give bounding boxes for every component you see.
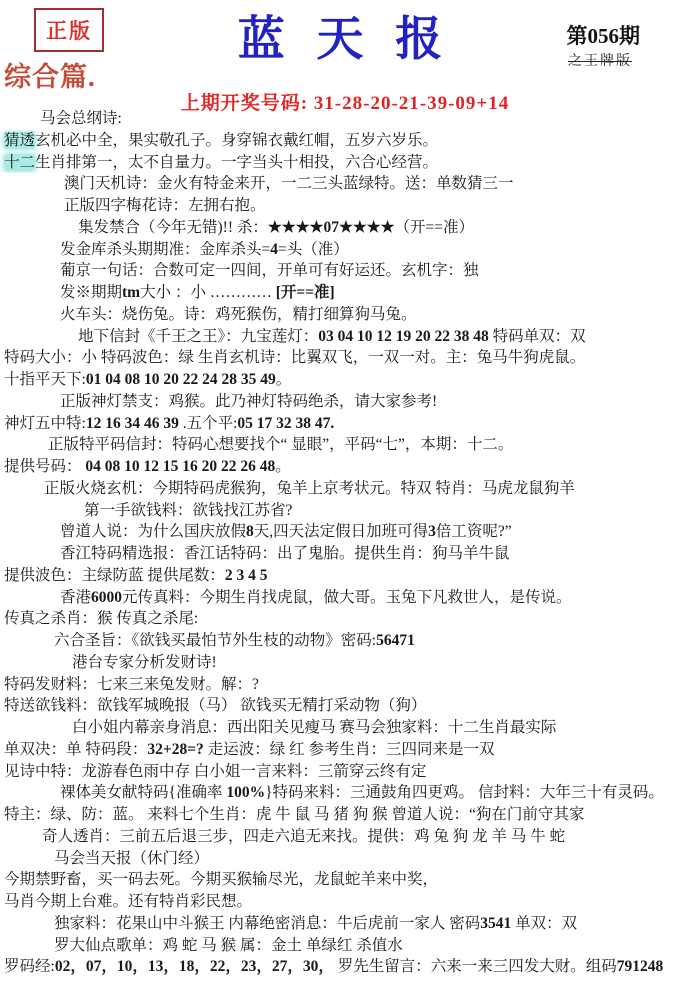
text-segment: 100% <box>226 784 265 801</box>
text-segment: 单双：双 <box>511 915 577 932</box>
text-line: 发金库杀头期期准：金库杀头=4=头（准） <box>0 239 690 261</box>
text-line: 特主：绿、防：蓝。 来料七个生肖：虎 牛 鼠 马 猪 狗 猴 曾道人说：“狗在门… <box>0 804 690 826</box>
text-segment: 独家料：花果山中斗猴王 内幕绝密消息：牛后虎前一家人 密码 <box>54 915 480 932</box>
text-segment: 791248 <box>617 958 664 975</box>
text-line: 单双决：单 特码段：32+28=? 走运波：绿 红 参考生肖：三四同来是一双 <box>0 739 690 761</box>
text-line: 传真之杀肖：猴 传真之杀尾: <box>0 608 690 630</box>
text-line: 见诗中特：龙游春色雨中存 白小姐一言来料：三箭穿云终有定 <box>0 761 690 783</box>
text-segment: 正版四字梅花诗：左拥右抱。 <box>64 197 266 214</box>
text-line: 白小姐内幕亲身消息：西出阳关见瘦马 赛马会独家料：十二生肖最实际 <box>0 717 690 739</box>
edition-label: 之王牌版 <box>568 50 632 70</box>
text-segment: }特码来料：三通鼓角四更鸡。 信封料：大年三十有灵码。 <box>265 784 664 801</box>
body-lines: 马会总纲诗:猜透玄机必中全，果实敬孔子。身穿锦衣戴红帽，五岁六岁乐。十二生肖排第… <box>0 108 690 978</box>
text-segment: 倍工资呢?” <box>436 523 512 540</box>
text-segment: 罗先生留言：六来一来三四发大财。组码 <box>334 958 617 975</box>
text-segment: 曾道人说：为什么国庆放假 <box>60 523 246 540</box>
text-segment: 6000 <box>91 589 122 606</box>
text-line: 集发禁合（今年无错)!! 杀：★★★★07★★★★（开==准） <box>0 217 690 239</box>
text-segment: 特码发财料：七来三来兔发财。解：? <box>4 676 259 693</box>
issue-number: 第056期 <box>567 20 641 50</box>
text-segment: .五个平: <box>179 415 238 432</box>
text-segment: 地下信封《千王之王》：九宝莲灯： <box>78 328 318 345</box>
text-segment: 神灯五中特: <box>4 415 86 432</box>
text-line: 马会总纲诗: <box>0 108 690 130</box>
text-segment: 天,四天法定假日加班可得 <box>254 523 428 540</box>
text-segment: 见诗中特：龙游春色雨中存 白小姐一言来料：三箭穿云终有定 <box>4 763 426 780</box>
text-segment: [开==准] <box>276 284 335 301</box>
text-segment: 3 <box>428 523 436 540</box>
text-segment: 提供波色：主绿防蓝 提供尾数： <box>4 567 225 584</box>
text-segment: 马会总纲诗: <box>40 110 122 127</box>
text-segment: 澳门天机诗：金火有特金来开，一二三头蓝绿特。送：单数猜三一 <box>64 175 514 192</box>
text-segment: 裸体美女献特码{准确率 <box>60 784 226 801</box>
text-line: 第一手欲钱料：欲钱找江苏省? <box>0 500 690 522</box>
text-line: 特码大小：小 特码波色：绿 生肖玄机诗：比翼双飞，一双一对。主：兔马牛狗虎鼠。 <box>0 347 690 369</box>
text-line: 奇人透肖：三前五后退三步，四走六追无来找。提供：鸡 兔 狗 龙 羊 马 牛 蛇 <box>0 826 690 848</box>
text-segment: 集发禁合（今年无错)!! 杀： <box>78 219 268 236</box>
text-line: 罗大仙点歌单：鸡 蛇 马 猴 属：金土 单绿红 杀值水 <box>0 935 690 957</box>
text-line: 地下信封《千王之王》：九宝莲灯：03 04 10 12 19 20 22 38 … <box>0 326 690 348</box>
text-line: 十二生肖排第一，太不自量力。一字当头十相投，六合心经营。 <box>0 152 690 174</box>
text-segment: 传真之杀肖：猴 传真之杀尾: <box>4 610 198 627</box>
text-line: 特码发财料：七来三来兔发财。解：? <box>0 674 690 696</box>
text-segment: 12 16 34 46 39 <box>86 415 179 432</box>
text-line: 火车头：烧伤兔。诗：鸡死猴伤，精打细算狗马兔。 <box>0 304 690 326</box>
text-line: 葡京一句话：合数可定一四间，开单可有好运还。玄机字：独 <box>0 260 690 282</box>
text-line: 提供号码： 04 08 10 12 15 16 20 22 26 48。 <box>0 456 690 478</box>
text-segment: 香港 <box>60 589 91 606</box>
text-segment: 马会当天报（休门经） <box>54 850 209 867</box>
text-segment: 特送欲钱料：欲钱军城晚报（马） 欲钱买无精打采动物（狗） <box>4 697 426 714</box>
text-segment: 奇人透肖：三前五后退三步，四走六追无来找。提供：鸡 兔 狗 龙 羊 马 牛 蛇 <box>42 828 565 845</box>
text-line: 香港6000元传真料：今期生肖找虎鼠，做大哥。玉兔下凡救世人，是传说。 <box>0 587 690 609</box>
text-segment: 特码大小：小 特码波色：绿 生肖玄机诗：比翼双飞，一双一对。主：兔马牛狗虎鼠。 <box>4 349 585 366</box>
text-line: 裸体美女献特码{准确率 100%}特码来料：三通鼓角四更鸡。 信封料：大年三十有… <box>0 782 690 804</box>
text-segment: 火车头：烧伤兔。诗：鸡死猴伤，精打细算狗马兔。 <box>60 306 417 323</box>
text-line: 十指平天下:01 04 08 10 20 22 24 28 35 49。 <box>0 369 690 391</box>
highlighted-text: 猜透 <box>4 132 35 149</box>
text-segment: 发※期期 <box>60 284 122 301</box>
text-line: 六合圣旨：《欲钱买最怕节外生枝的动物》密码:56471 <box>0 630 690 652</box>
text-segment: 正版神灯禁支：鸡猴。此乃神灯特码绝杀，请大家参考! <box>60 393 437 410</box>
text-segment: 第一手欲钱料：欲钱找江苏省? <box>84 502 292 519</box>
text-segment: 。 <box>275 458 291 475</box>
text-segment: 2 3 4 5 <box>225 567 268 584</box>
text-segment: 马肖今期上台难。还有特肖彩民想。 <box>4 893 252 910</box>
page: 正版 蓝 天 报 第056期 之王牌版 综合篇. 上期开奖号码: 31-28-2… <box>0 0 690 997</box>
text-segment: 港台专家分析发财诗! <box>72 654 217 671</box>
text-segment: 白小姐内幕亲身消息：西出阳关见瘦马 赛马会独家料：十二生肖最实际 <box>72 719 556 736</box>
text-segment: 正版火烧玄机：今期特码虎猴狗，兔羊上京考状元。特双 特肖：马虎龙鼠狗羊 <box>44 480 575 497</box>
text-line: 神灯五中特:12 16 34 46 39 .五个平:05 17 32 38 47… <box>0 413 690 435</box>
text-segment: 特主：绿、防：蓝。 来料七个生肖：虎 牛 鼠 马 猪 狗 猴 曾道人说：“狗在门… <box>4 806 584 823</box>
text-line: 独家料：花果山中斗猴王 内幕绝密消息：牛后虎前一家人 密码3541 单双：双 <box>0 913 690 935</box>
text-segment: 正版特平码信封：特码心想要找个“ 显眼”，平码“七”，本期：十二。 <box>48 436 513 453</box>
text-line: 提供波色：主绿防蓝 提供尾数：2 3 4 5 <box>0 565 690 587</box>
text-segment: =头（准） <box>278 241 349 258</box>
text-segment: 05 17 32 38 47. <box>237 415 334 432</box>
text-segment: 32+28=? <box>147 741 203 758</box>
text-segment: 生肖排第一，太不自量力。一字当头十相投，六合心经营。 <box>35 154 438 171</box>
text-line: 特送欲钱料：欲钱军城晚报（马） 欲钱买无精打采动物（狗） <box>0 695 690 717</box>
text-segment: 8 <box>246 523 254 540</box>
text-segment: 。 <box>276 371 292 388</box>
text-line: 马肖今期上台难。还有特肖彩民想。 <box>0 891 690 913</box>
text-line: 发※期期tm大小 ：小 ………… [开==准] <box>0 282 690 304</box>
text-line: 马会当天报（休门经） <box>0 848 690 870</box>
text-segment: 01 04 08 10 20 22 24 28 35 49 <box>86 371 276 388</box>
text-segment: 56471 <box>376 632 415 649</box>
text-segment: 03 04 10 12 19 20 22 38 48 <box>318 328 489 345</box>
text-line: 罗码经:02，07，10，13，18，22，23，27，30， 罗先生留言：六来… <box>0 956 690 978</box>
text-line: 曾道人说：为什么国庆放假8天,四天法定假日加班可得3倍工资呢?” <box>0 521 690 543</box>
text-segment: （开==准） <box>395 219 474 236</box>
text-segment: ★★★★07★★★★ <box>268 219 395 236</box>
text-segment: 单双决：单 特码段： <box>4 741 147 758</box>
text-line: 正版火烧玄机：今期特码虎猴狗，兔羊上京考状元。特双 特肖：马虎龙鼠狗羊 <box>0 478 690 500</box>
text-line: 今期禁野畜，买一码去死。今期买猴输尽光，龙鼠蛇羊来中奖， <box>0 869 690 891</box>
text-segment: 3541 <box>480 915 511 932</box>
text-segment: 罗码经: <box>4 958 55 975</box>
highlighted-text: 十二 <box>4 154 35 171</box>
text-line: 正版四字梅花诗：左拥右抱。 <box>0 195 690 217</box>
text-segment: 十指平天下: <box>4 371 86 388</box>
text-segment: 六合圣旨：《欲钱买最怕节外生枝的动物》密码: <box>54 632 376 649</box>
text-segment: 香江特码精选报：香江话特码：出了鬼胎。提供生肖：狗马羊牛鼠 <box>60 545 510 562</box>
text-segment: 发金库杀头期期准：金库杀头= <box>60 241 270 258</box>
text-line: 猜透玄机必中全，果实敬孔子。身穿锦衣戴红帽，五岁六岁乐。 <box>0 130 690 152</box>
text-segment: 04 08 10 12 15 16 20 22 26 48 <box>85 458 275 475</box>
text-line: 澳门天机诗：金火有特金来开，一二三头蓝绿特。送：单数猜三一 <box>0 173 690 195</box>
text-segment: 走运波：绿 红 参考生肖：三四同来是一双 <box>204 741 495 758</box>
text-segment: 特码单双：双 <box>489 328 586 345</box>
text-segment: 元传真料：今期生肖找虎鼠，做大哥。玉兔下凡救世人，是传说。 <box>122 589 572 606</box>
text-segment: 02，07，10，13，18，22，23，27，30， <box>55 958 334 975</box>
text-line: 正版特平码信封：特码心想要找个“ 显眼”，平码“七”，本期：十二。 <box>0 434 690 456</box>
text-segment: 罗大仙点歌单：鸡 蛇 马 猴 属：金土 单绿红 杀值水 <box>54 937 403 954</box>
text-line: 香江特码精选报：香江话特码：出了鬼胎。提供生肖：狗马羊牛鼠 <box>0 543 690 565</box>
text-segment: 大小 ：小 ………… <box>140 284 276 301</box>
text-segment: tm <box>122 284 140 301</box>
text-segment: 玄机必中全，果实敬孔子。身穿锦衣戴红帽，五岁六岁乐。 <box>35 132 438 149</box>
text-segment: 提供号码： <box>4 458 85 475</box>
text-segment: 葡京一句话：合数可定一四间，开单可有好运还。玄机字：独 <box>60 262 479 279</box>
text-segment: 今期禁野畜，买一码去死。今期买猴输尽光，龙鼠蛇羊来中奖， <box>4 871 438 888</box>
text-line: 港台专家分析发财诗! <box>0 652 690 674</box>
text-segment: 4 <box>270 241 278 258</box>
text-line: 正版神灯禁支：鸡猴。此乃神灯特码绝杀，请大家参考! <box>0 391 690 413</box>
